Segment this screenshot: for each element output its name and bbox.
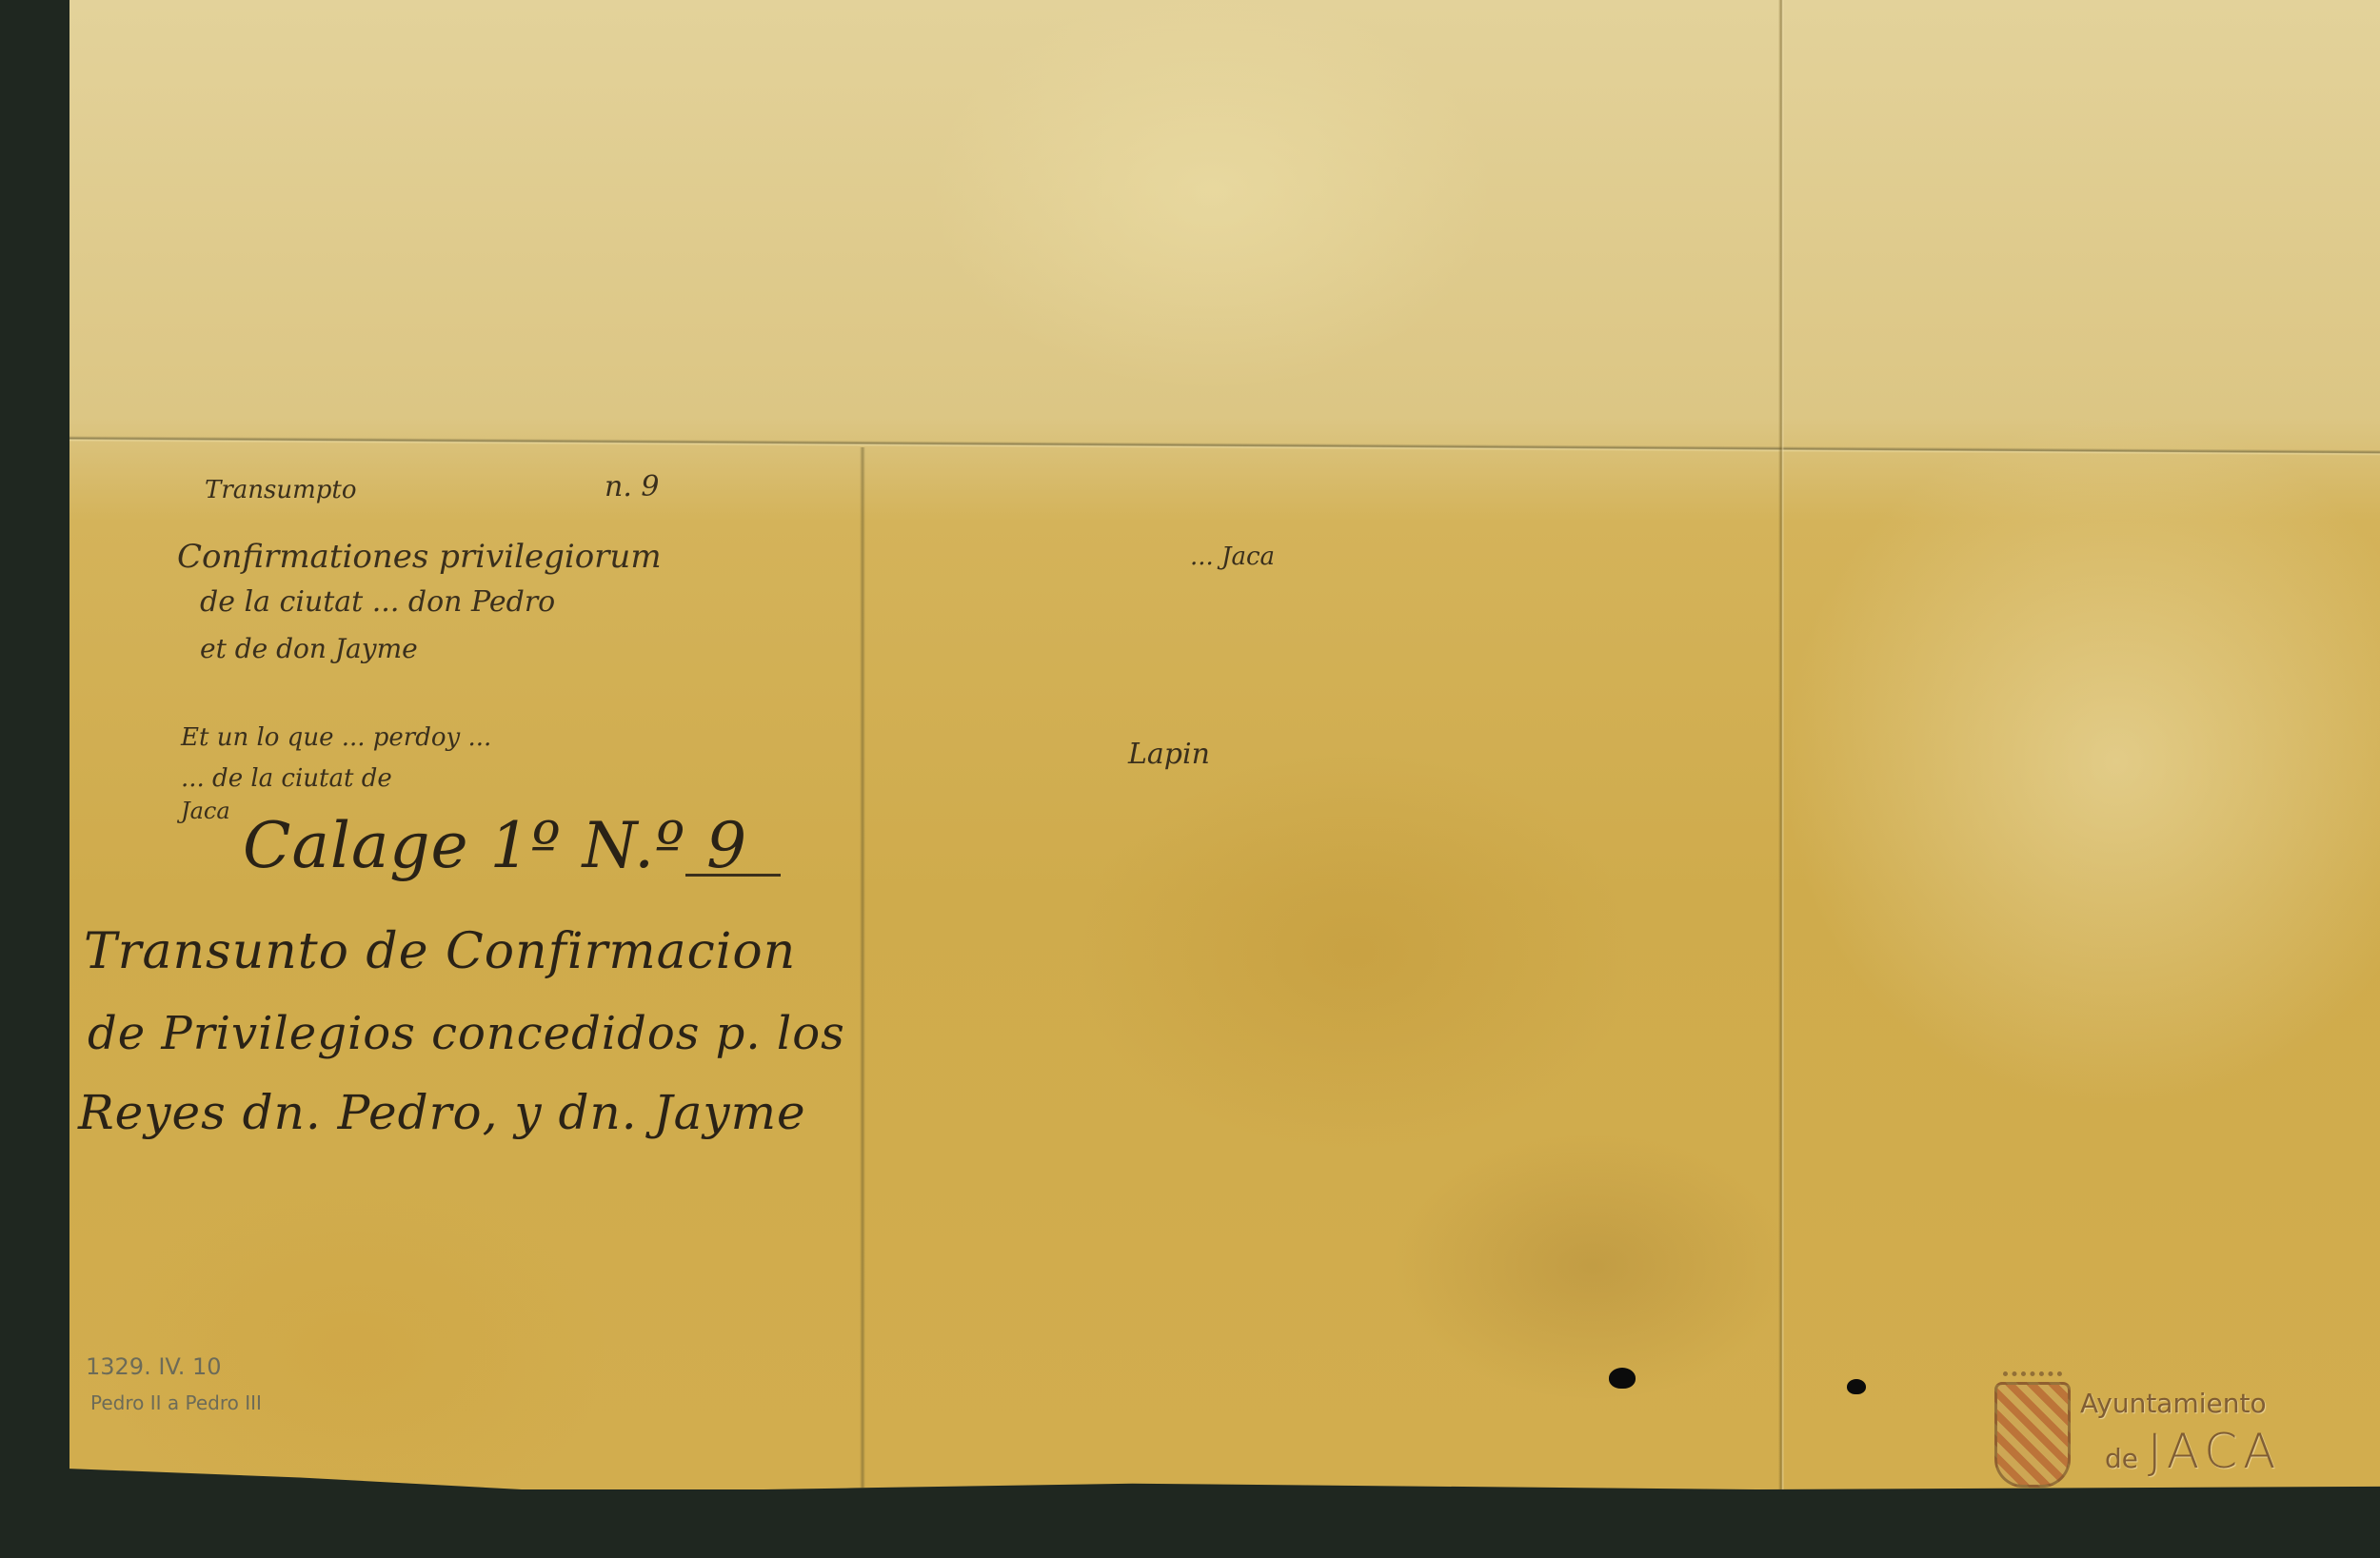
pencil-kings: Pedro II a Pedro III [90, 1391, 262, 1414]
ayuntamiento-jaca-watermark: Ayuntamiento deJACA [1994, 1382, 2280, 1477]
middle-word: Lapin [1128, 738, 1210, 771]
watermark-line1: Ayuntamiento [2080, 1388, 2267, 1419]
catalog-heading: Calage 1º N.º 9 [243, 809, 747, 882]
top-label: Transumpto [205, 476, 357, 504]
medieval-note-line: et de don Jayme [200, 633, 418, 664]
vertical-fold-line-right [1778, 0, 1784, 1489]
pencil-date: 1329. IV. 10 [86, 1353, 222, 1380]
crown-icon [2003, 1371, 2062, 1391]
parchment-hole [1609, 1368, 1636, 1389]
faint-note-line: Et un lo que ... perdoy ... [181, 723, 491, 752]
faint-note-line: Jaca [181, 798, 230, 824]
catalog-line: de Privilegios concedidos p. los [88, 1007, 845, 1060]
watermark-jaca: JACA [2148, 1424, 2281, 1479]
watermark-de: de [2105, 1443, 2138, 1474]
faint-note-line: ... de la ciutat de [181, 764, 392, 793]
coat-of-arms-icon [1994, 1382, 2071, 1488]
heading-dash [685, 874, 781, 877]
watermark-line2: deJACA [2105, 1424, 2281, 1479]
horizontal-fold-line [69, 436, 2380, 456]
vertical-fold-line-left [860, 447, 865, 1489]
medieval-note-line: Confirmationes privilegiorum [177, 538, 662, 576]
top-number: n. 9 [605, 470, 659, 503]
catalog-line: Reyes dn. Pedro, y dn. Jayme [78, 1085, 806, 1140]
middle-faint-note: ... Jaca [1190, 542, 1275, 571]
catalog-line: Transunto de Confirmacion [84, 923, 796, 980]
medieval-note-line: de la ciutat ... don Pedro [200, 585, 555, 619]
parchment-hole [1847, 1379, 1866, 1394]
